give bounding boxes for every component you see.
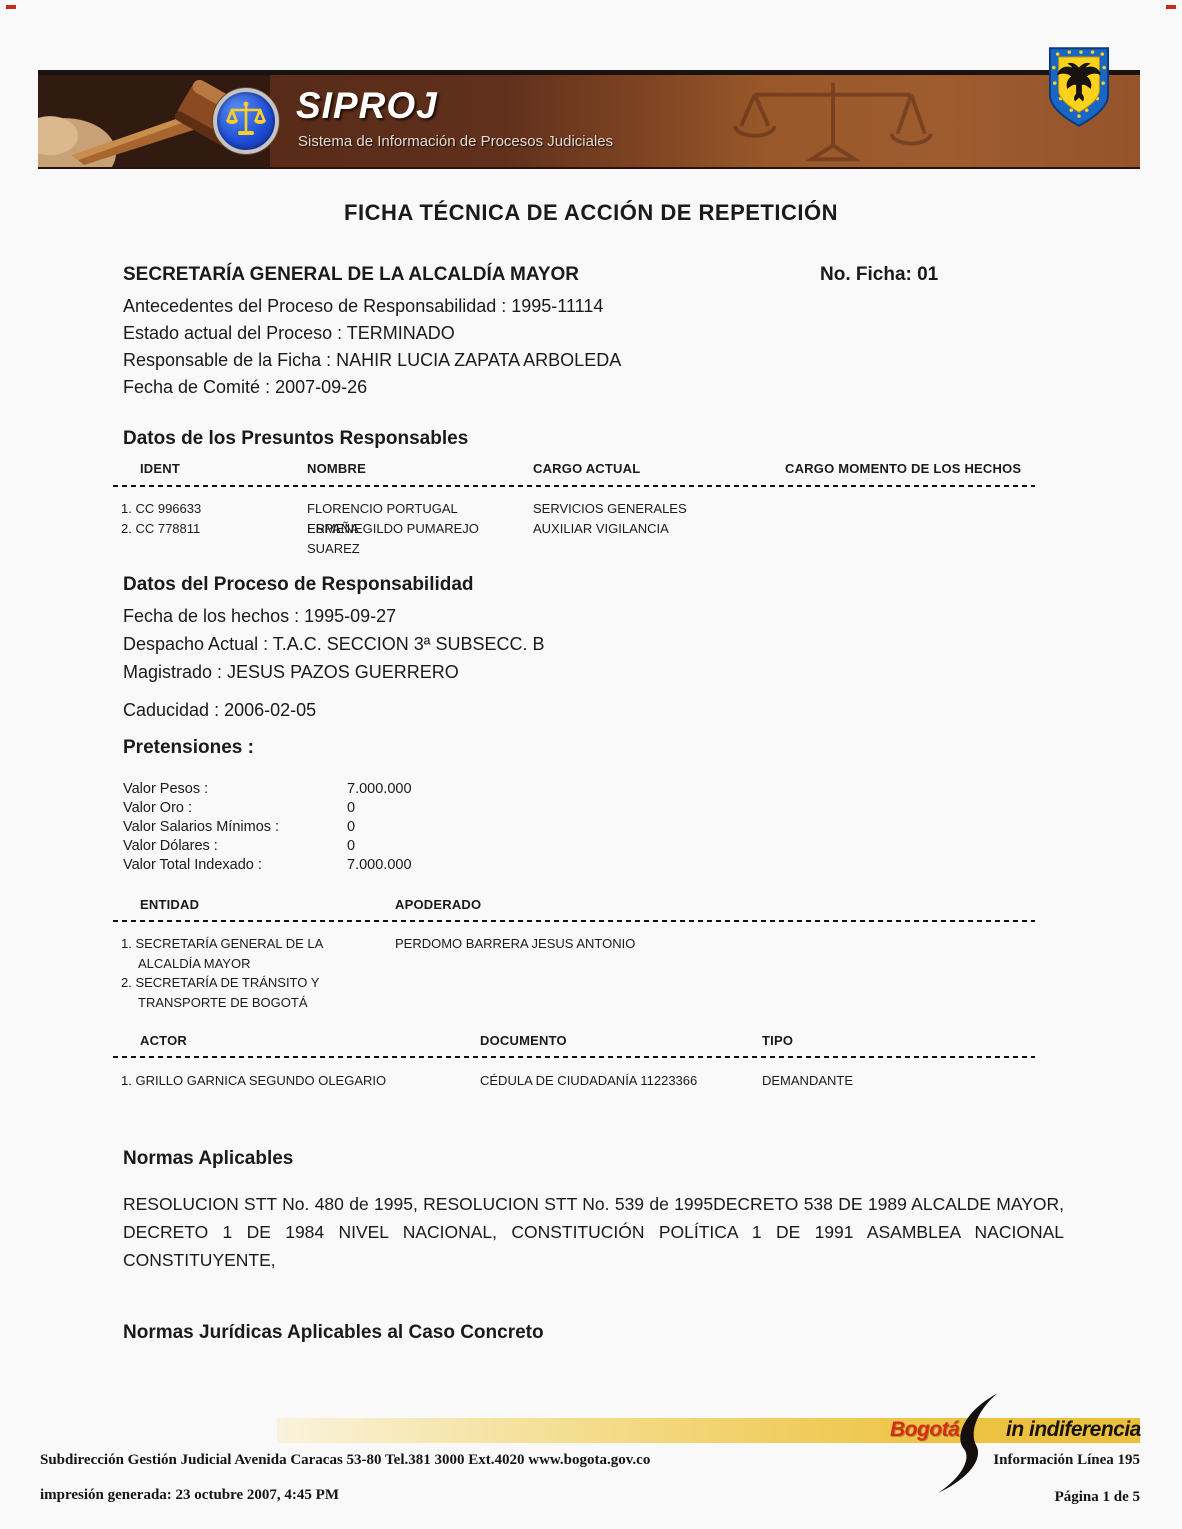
proceso-line: Despacho Actual : T.A.C. SECCION 3ª SUBS… (123, 630, 545, 658)
proceso-line: Fecha de los hechos : 1995-09-27 (123, 602, 545, 630)
proceso-line: Magistrado : JESUS PAZOS GUERRERO (123, 658, 545, 686)
dashed-separator (113, 1056, 1035, 1058)
siproj-wordmark: SIPROJ (296, 85, 438, 127)
table-row-entidad: 2. SECRETARÍA DE TRÁNSITO Y TRANSPORTE D… (121, 973, 333, 1013)
footer-page-number: Página 1 de 5 (1055, 1489, 1140, 1506)
col-header-cargo-hechos: CARGO MOMENTO DE LOS HECHOS (785, 461, 1021, 476)
siproj-logo-icon (213, 88, 279, 154)
summary-line: Fecha de Comité : 2007-09-26 (123, 374, 621, 401)
valor-row: Valor Pesos : 7.000.000 (123, 781, 279, 800)
table-row-apoderado: PERDOMO BARRERA JESUS ANTONIO (395, 934, 815, 954)
entity-name: SECRETARÍA GENERAL DE LA ALCALDÍA MAYOR (123, 264, 579, 286)
page-title: FICHA TÉCNICA DE ACCIÓN DE REPETICIÓN (0, 200, 1182, 226)
valor-label: Valor Oro : (123, 800, 192, 816)
col-header-actor: ACTOR (140, 1033, 187, 1048)
valor-row: Valor Dólares : 0 (123, 838, 279, 857)
scan-artifact-left (6, 5, 16, 9)
section-heading-normas-juridicas: Normas Jurídicas Aplicables al Caso Conc… (123, 1322, 544, 1344)
valor-value: 0 (347, 838, 355, 854)
dashed-separator (113, 920, 1035, 922)
valor-label: Valor Salarios Mínimos : (123, 819, 279, 835)
col-header-cargo-actual: CARGO ACTUAL (533, 461, 640, 476)
valor-value: 7.000.000 (347, 781, 412, 797)
valor-label: Valor Total Indexado : (123, 857, 262, 873)
summary-line: Estado actual del Proceso : TERMINADO (123, 320, 621, 347)
valor-label: Valor Pesos : (123, 781, 208, 797)
col-header-nombre: NOMBRE (307, 461, 366, 476)
valor-value: 7.000.000 (347, 857, 412, 873)
table-row-ident: 2. CC 778811 (121, 519, 301, 539)
valor-row: Valor Salarios Mínimos : 0 (123, 819, 279, 838)
footer-address: Subdirección Gestión Judicial Avenida Ca… (40, 1452, 650, 1469)
col-header-tipo: TIPO (762, 1033, 793, 1048)
valores-table: Valor Pesos : 7.000.000 Valor Oro : 0 Va… (123, 781, 279, 876)
table-row-entidad: 1. SECRETARÍA GENERAL DE LA ALCALDÍA MAY… (121, 934, 333, 974)
siproj-subtitle: Sistema de Información de Procesos Judic… (298, 133, 613, 150)
col-header-documento: DOCUMENTO (480, 1033, 567, 1048)
table-row-cargo: SERVICIOS GENERALES (533, 499, 763, 519)
siproj-banner: SIPROJ Sistema de Información de Proceso… (38, 70, 1140, 169)
col-header-ident: IDENT (140, 461, 180, 476)
table-row-tipo: DEMANDANTE (762, 1071, 962, 1091)
valor-row: Valor Total Indexado : 7.000.000 (123, 857, 279, 876)
scales-watermark-icon (668, 79, 998, 167)
brand-sin-indiferencia-text: in indiferencia (1006, 1418, 1141, 1442)
ficha-number: No. Ficha: 01 (820, 264, 938, 286)
valor-row: Valor Oro : 0 (123, 800, 279, 819)
summary-block: Antecedentes del Proceso de Responsabili… (123, 293, 621, 401)
section-heading-pretensiones: Pretensiones : (123, 737, 254, 759)
table-row-documento: CÉDULA DE CIUDADANÍA 11223366 (480, 1071, 745, 1091)
table-row-ident: 1. CC 996633 (121, 499, 301, 519)
normas-paragraph: RESOLUCION STT No. 480 de 1995, RESOLUCI… (123, 1190, 1064, 1274)
section-heading-responsables: Datos de los Presuntos Responsables (123, 428, 468, 450)
brand-swoosh-icon (934, 1391, 1002, 1495)
scan-artifact-right (1166, 5, 1176, 9)
valor-label: Valor Dólares : (123, 838, 218, 854)
valor-value: 0 (347, 800, 355, 816)
bogota-coat-of-arms-icon (1048, 46, 1110, 128)
summary-line: Responsable de la Ficha : NAHIR LUCIA ZA… (123, 347, 621, 374)
section-heading-normas: Normas Aplicables (123, 1148, 293, 1170)
footer-info-line: Información Línea 195 (993, 1452, 1140, 1469)
table-row-nombre: ERMENEGILDO PUMAREJO SUAREZ (307, 519, 502, 559)
table-row-cargo: AUXILIAR VIGILANCIA (533, 519, 763, 539)
caducidad-line: Caducidad : 2006-02-05 (123, 700, 316, 721)
section-heading-proceso: Datos del Proceso de Responsabilidad (123, 574, 474, 596)
document-page: SIPROJ Sistema de Información de Proceso… (0, 0, 1182, 1529)
footer-generated: impresión generada: 23 octubre 2007, 4:4… (40, 1487, 339, 1504)
table-row-actor: 1. GRILLO GARNICA SEGUNDO OLEGARIO (121, 1071, 466, 1091)
col-header-entidad: ENTIDAD (140, 897, 199, 912)
dashed-separator (113, 485, 1035, 487)
proceso-block: Fecha de los hechos : 1995-09-27 Despach… (123, 602, 545, 686)
summary-line: Antecedentes del Proceso de Responsabili… (123, 293, 621, 320)
col-header-apoderado: APODERADO (395, 897, 481, 912)
valor-value: 0 (347, 819, 355, 835)
